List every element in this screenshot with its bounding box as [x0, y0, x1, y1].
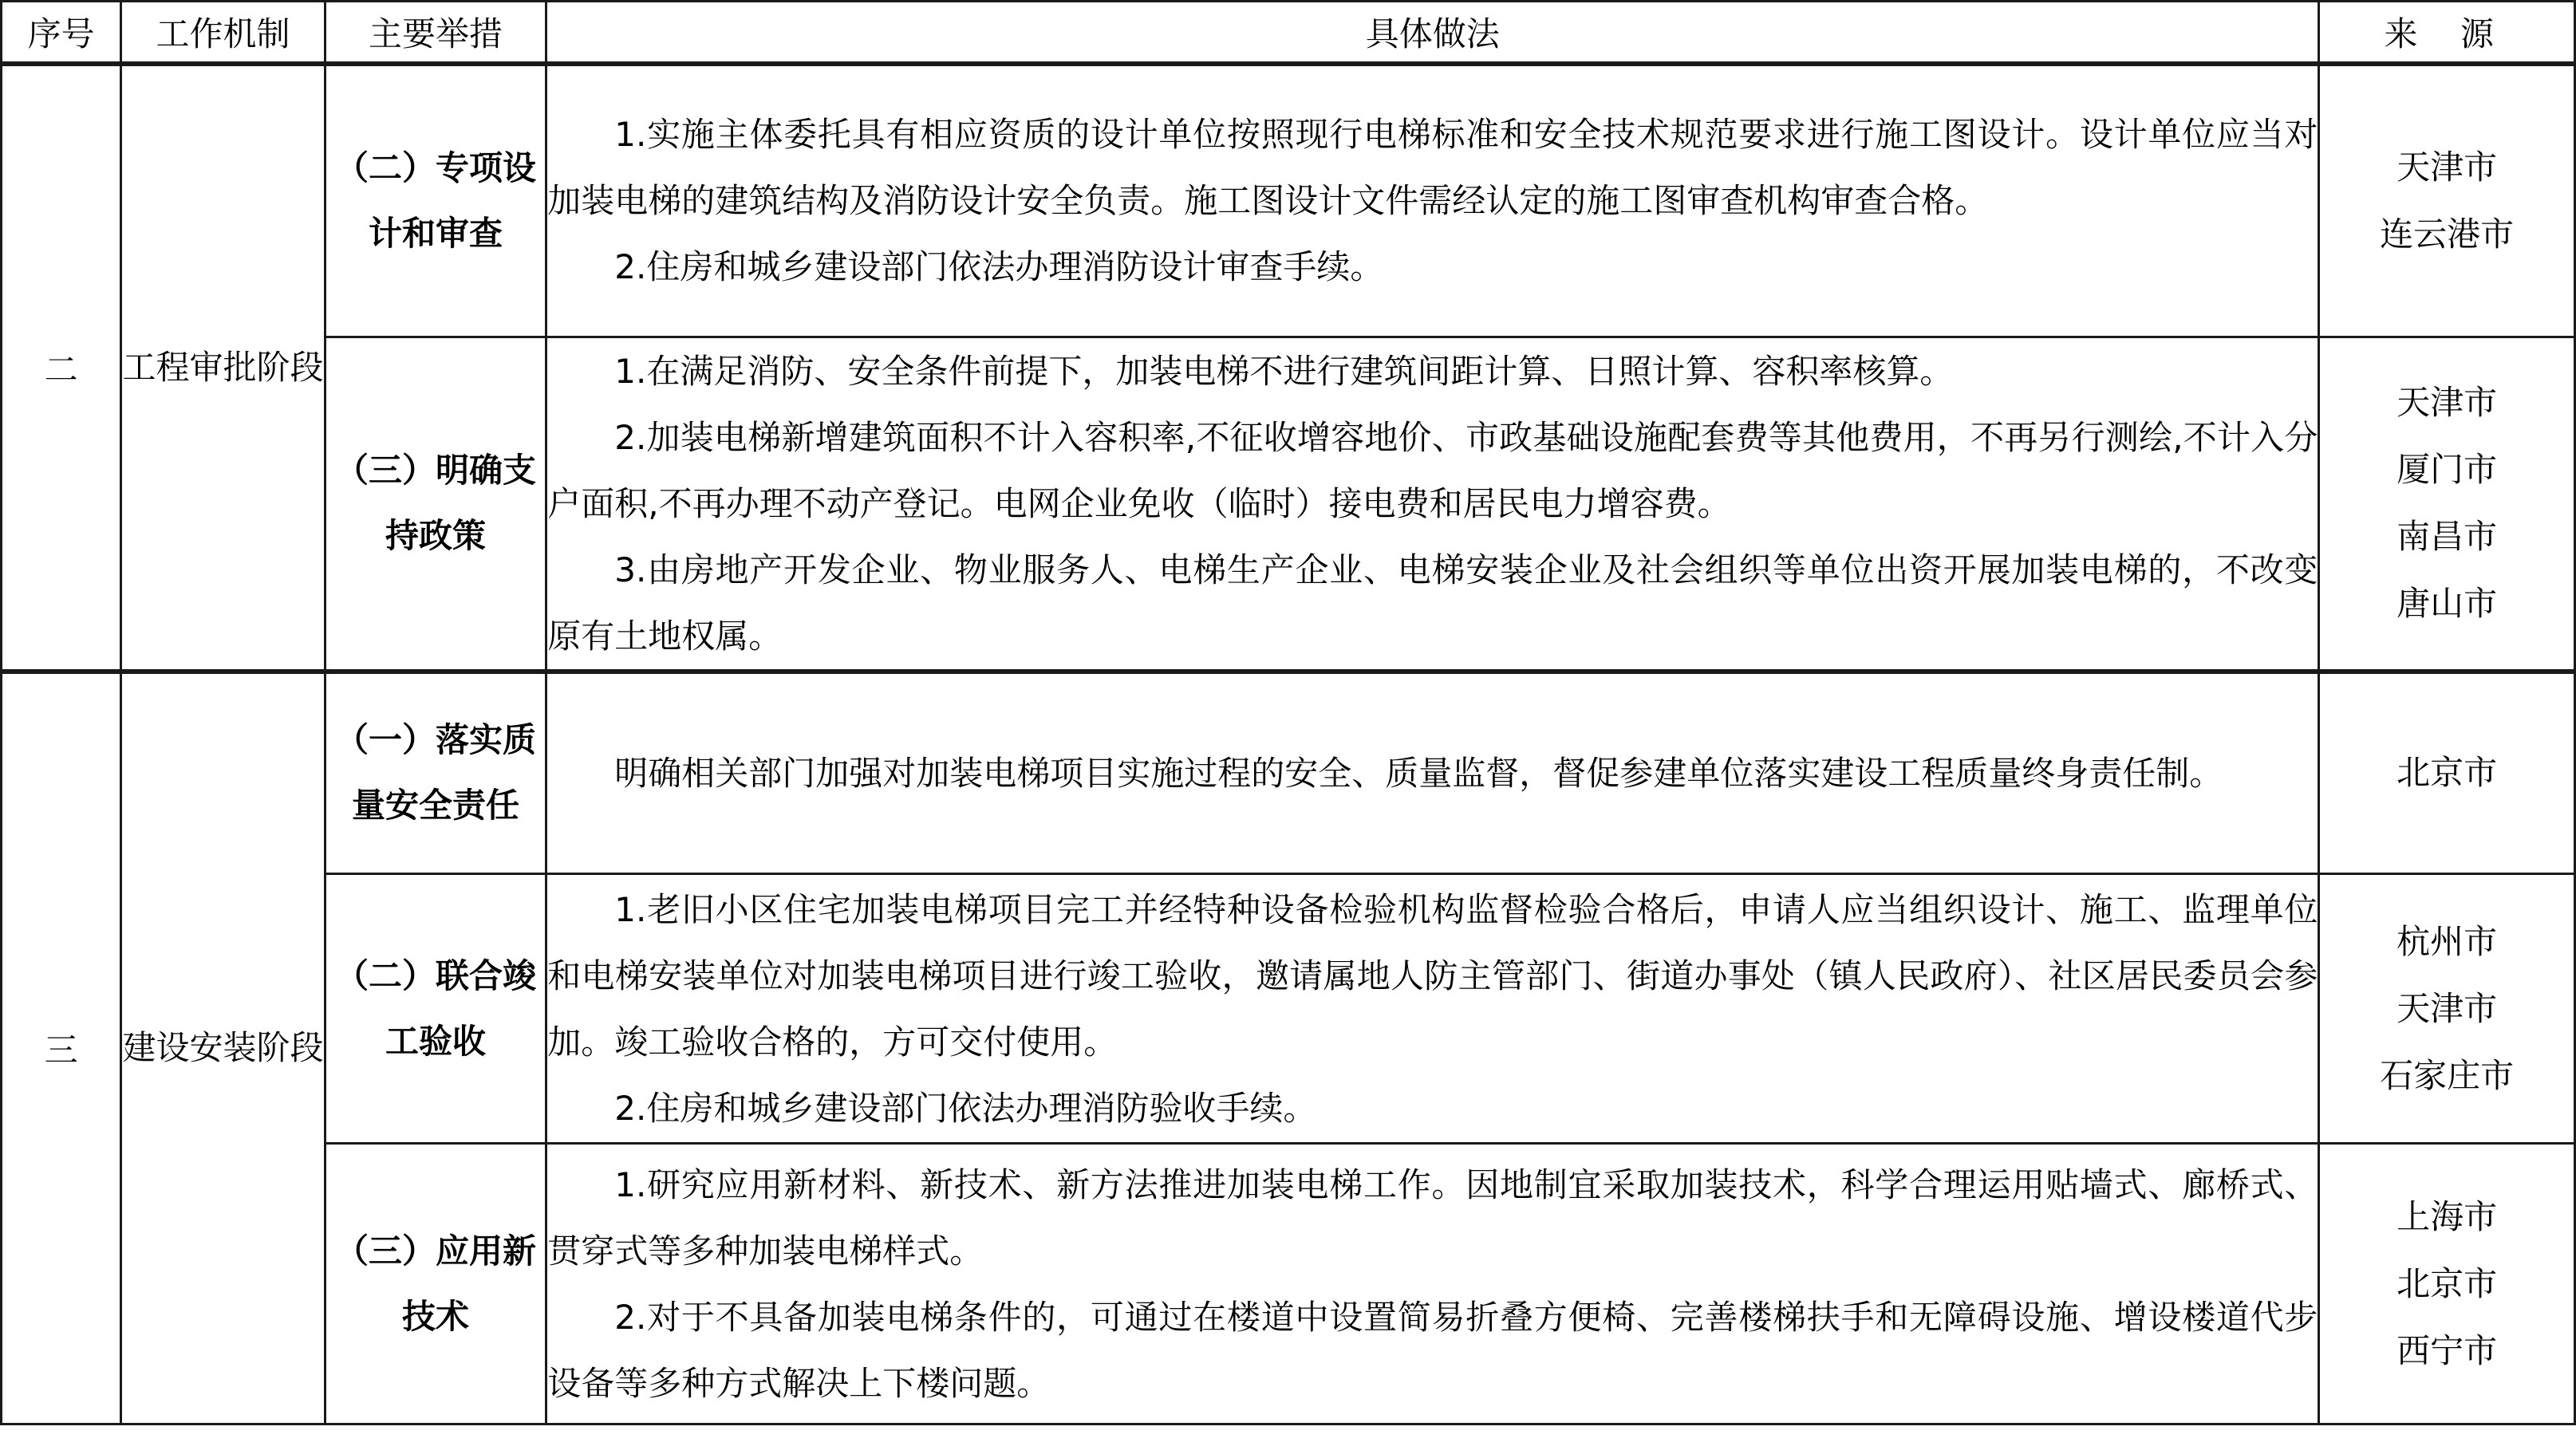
source-city: 石家庄市 [2320, 1042, 2574, 1109]
detail-cell: 1.研究应用新材料、新技术、新方法推进加装电梯工作。因地制宜采取加装技术，科学合… [546, 1144, 2319, 1424]
header-measure: 主要举措 [325, 2, 546, 65]
source-cell: 上海市 北京市 西宁市 [2319, 1144, 2575, 1424]
source-city: 上海市 [2320, 1184, 2574, 1251]
main-measure: （三）明确支持政策 [325, 337, 546, 672]
main-measure: （三）应用新技术 [325, 1144, 546, 1424]
policy-table: 序号 工作机制 主要举措 具体做法 来 源 二 工程审批阶段 （二）专项设计和审… [0, 0, 2576, 1425]
source-city: 北京市 [2320, 739, 2574, 806]
group-number: 三 [2, 672, 121, 1424]
detail-paragraph: 1.老旧小区住宅加装电梯项目完工并经特种设备检验机构监督检验合格后，申请人应当组… [547, 877, 2318, 1075]
source-city: 北京市 [2320, 1251, 2574, 1318]
main-measure: （二）专项设计和审查 [325, 64, 546, 337]
table-row: 三 建设安装阶段 （一）落实质量安全责任 明确相关部门加强对加装电梯项目实施过程… [2, 672, 2575, 874]
table-row: 二 工程审批阶段 （二）专项设计和审查 1.实施主体委托具有相应资质的设计单位按… [2, 64, 2575, 337]
main-measure: （一）落实质量安全责任 [325, 672, 546, 874]
source-cell: 杭州市 天津市 石家庄市 [2319, 874, 2575, 1144]
work-mechanism: 工程审批阶段 [121, 64, 325, 672]
detail-paragraph: 2.加装电梯新增建筑面积不计入容积率,不征收增容地价、市政基础设施配套费等其他费… [547, 404, 2318, 537]
detail-paragraph: 2.对于不具备加装电梯条件的，可通过在楼道中设置简易折叠方便椅、完善楼梯扶手和无… [547, 1284, 2318, 1417]
table-row: （二）联合竣工验收 1.老旧小区住宅加装电梯项目完工并经特种设备检验机构监督检验… [2, 874, 2575, 1144]
main-measure: （二）联合竣工验收 [325, 874, 546, 1144]
detail-paragraph: 1.实施主体委托具有相应资质的设计单位按照现行电梯标准和安全技术规范要求进行施工… [547, 101, 2318, 234]
source-city: 杭州市 [2320, 908, 2574, 975]
source-city: 唐山市 [2320, 570, 2574, 637]
detail-cell: 1.老旧小区住宅加装电梯项目完工并经特种设备检验机构监督检验合格后，申请人应当组… [546, 874, 2319, 1144]
detail-paragraph: 1.在满足消防、安全条件前提下，加装电梯不进行建筑间距计算、日照计算、容积率核算… [547, 338, 2318, 404]
detail-paragraph: 2.住房和城乡建设部门依法办理消防设计审查手续。 [547, 234, 2318, 300]
source-city: 厦门市 [2320, 436, 2574, 503]
detail-cell: 1.实施主体委托具有相应资质的设计单位按照现行电梯标准和安全技术规范要求进行施工… [546, 64, 2319, 337]
source-city: 天津市 [2320, 975, 2574, 1042]
source-city: 南昌市 [2320, 503, 2574, 570]
source-cell: 北京市 [2319, 672, 2575, 874]
detail-paragraph: 1.研究应用新材料、新技术、新方法推进加装电梯工作。因地制宜采取加装技术，科学合… [547, 1152, 2318, 1284]
source-city: 连云港市 [2320, 201, 2574, 268]
work-mechanism: 建设安装阶段 [121, 672, 325, 1424]
source-city: 天津市 [2320, 134, 2574, 201]
source-cell: 天津市 厦门市 南昌市 唐山市 [2319, 337, 2575, 672]
detail-paragraph: 明确相关部门加强对加装电梯项目实施过程的安全、质量监督，督促参建单位落实建设工程… [547, 740, 2318, 806]
header-row: 序号 工作机制 主要举措 具体做法 来 源 [2, 2, 2575, 65]
header-no: 序号 [2, 2, 121, 65]
group-number: 二 [2, 64, 121, 672]
header-source: 来 源 [2319, 2, 2575, 65]
detail-paragraph: 2.住房和城乡建设部门依法办理消防验收手续。 [547, 1075, 2318, 1141]
detail-cell: 1.在满足消防、安全条件前提下，加装电梯不进行建筑间距计算、日照计算、容积率核算… [546, 337, 2319, 672]
table-row: （三）明确支持政策 1.在满足消防、安全条件前提下，加装电梯不进行建筑间距计算、… [2, 337, 2575, 672]
source-cell: 天津市 连云港市 [2319, 64, 2575, 337]
source-city: 天津市 [2320, 369, 2574, 436]
header-mechanism: 工作机制 [121, 2, 325, 65]
source-city: 西宁市 [2320, 1318, 2574, 1385]
table-row: （三）应用新技术 1.研究应用新材料、新技术、新方法推进加装电梯工作。因地制宜采… [2, 1144, 2575, 1424]
detail-paragraph: 3.由房地产开发企业、物业服务人、电梯生产企业、电梯安装企业及社会组织等单位出资… [547, 537, 2318, 669]
header-detail: 具体做法 [546, 2, 2319, 65]
detail-cell: 明确相关部门加强对加装电梯项目实施过程的安全、质量监督，督促参建单位落实建设工程… [546, 672, 2319, 874]
